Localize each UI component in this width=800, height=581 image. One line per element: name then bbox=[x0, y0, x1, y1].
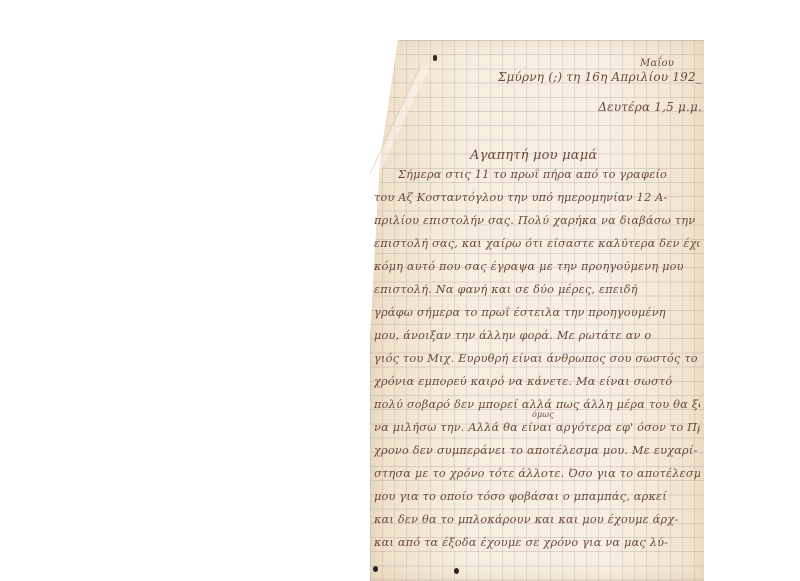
letter-line: μου, άνοιξαν την άλλην φορά. Με ρωτάτε α… bbox=[374, 329, 700, 342]
letter-line: στησα με το χρόνο τότε άλλοτε. Όσο για τ… bbox=[374, 467, 700, 480]
ink-mark bbox=[433, 55, 437, 61]
header-place-date: Σμύρνη (;) τη 16η Απριλίου 192_ bbox=[498, 70, 702, 84]
letter-line: και από τα έξοδα έχουμε σε χρόνο για να … bbox=[374, 536, 700, 549]
letter-line: κόμη αυτό που σας έγραψα με την προηγούμ… bbox=[374, 260, 700, 273]
interlinear-insertion: όμως bbox=[532, 410, 554, 419]
letter-line: επιστολή σας, και χαίρω ότι είσαστε καλύ… bbox=[374, 237, 700, 250]
letter-line: πριλίου επιστολήν σας. Πολύ χαρήκα να δι… bbox=[374, 214, 700, 227]
letter-line: χρόνια εμπορεύ καιρό να κάνετε. Μα είναι… bbox=[374, 375, 700, 388]
header-day-time: Δευτέρα 1,5 μ.μ. bbox=[598, 100, 702, 114]
ink-blot bbox=[373, 566, 378, 572]
letter-salutation: Αγαπητή μου μαμά bbox=[470, 148, 597, 163]
letter-line: και δεν θα το μπλοκάρουν και και μου έχο… bbox=[374, 513, 700, 526]
ink-blot bbox=[454, 568, 459, 574]
letter-line: Σήμερα στις 11 το πρωΐ πήρα από το γραφε… bbox=[398, 168, 698, 181]
letter-line: χρονο δεν συμπεράνει το αποτέλεσμα μου. … bbox=[374, 444, 700, 457]
letter-line: γιός του Μιχ. Ευρυθρή είναι άνθρωπος σου… bbox=[374, 352, 700, 365]
letter-line: μου για το οποίο τόσο φοβάσαι ο μπαμπάς,… bbox=[374, 490, 700, 503]
letter-line: γράφω σήμερα το πρωΐ έστειλα την προηγου… bbox=[374, 306, 700, 319]
letter-line: επιστολή. Να φανή και σε δύο μέρες, επει… bbox=[374, 283, 700, 296]
header-superscript: Μαΐου bbox=[640, 58, 674, 69]
letter-line: του Αζ Κοσταντόγλου την υπό ημερομηνίαν … bbox=[374, 191, 700, 204]
letter-line: να μιλήσω την. Αλλά θα είναι αργότερα εφ… bbox=[374, 421, 700, 434]
